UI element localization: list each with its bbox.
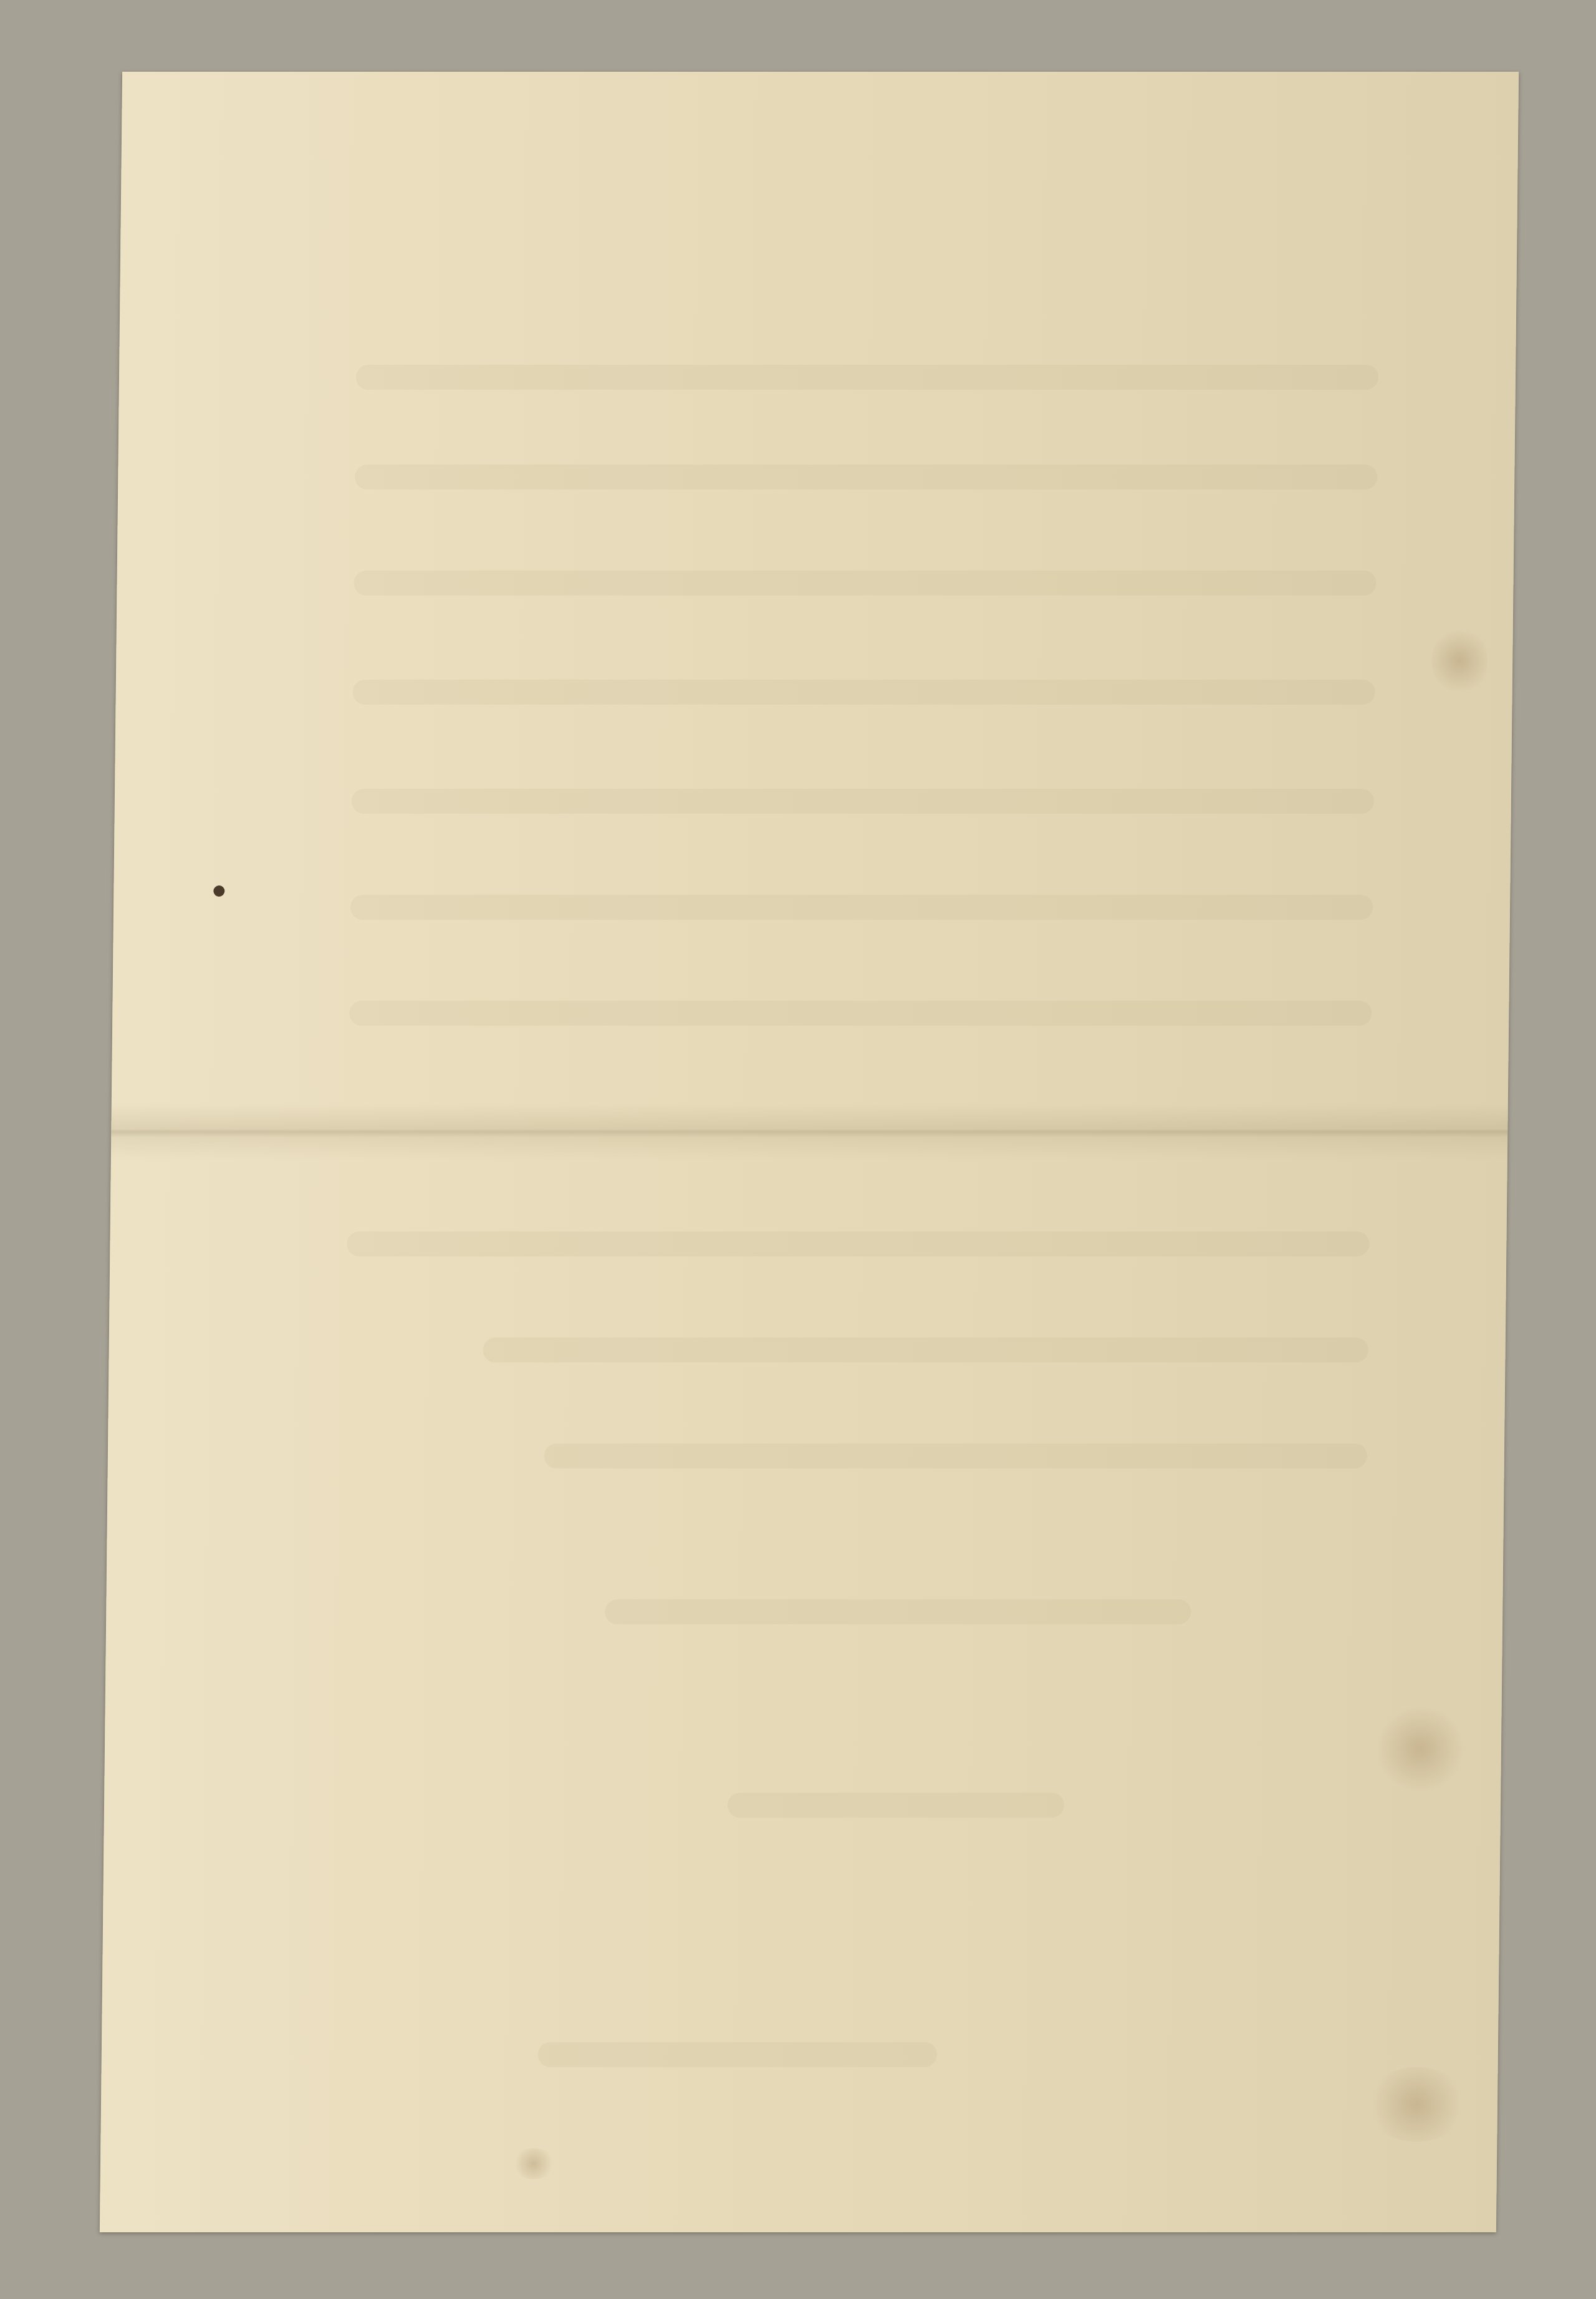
bleed-through-line (356, 365, 1378, 390)
stain-spot (1431, 627, 1488, 695)
bleed-through-line (538, 2042, 937, 2067)
bleed-through-line (347, 1231, 1369, 1256)
stain-spot (1366, 2067, 1466, 2142)
bleed-through-line (355, 465, 1377, 489)
bleed-through-line (544, 1444, 1367, 1468)
bleed-through-line (483, 1337, 1368, 1362)
bleed-through-line (349, 1001, 1372, 1026)
stain-spot (512, 2148, 556, 2179)
bleed-through-line (353, 680, 1375, 705)
stain-spot (213, 885, 224, 897)
paper-sheet (100, 72, 1519, 2232)
bleed-through-line (728, 1793, 1064, 1818)
bleed-through-line (605, 1599, 1191, 1624)
bleed-through-line (352, 789, 1374, 814)
bleed-through-line (350, 895, 1373, 920)
stain-spot (1376, 1705, 1464, 1793)
bleed-through-line (353, 571, 1376, 595)
paper-fold (111, 1104, 1508, 1160)
